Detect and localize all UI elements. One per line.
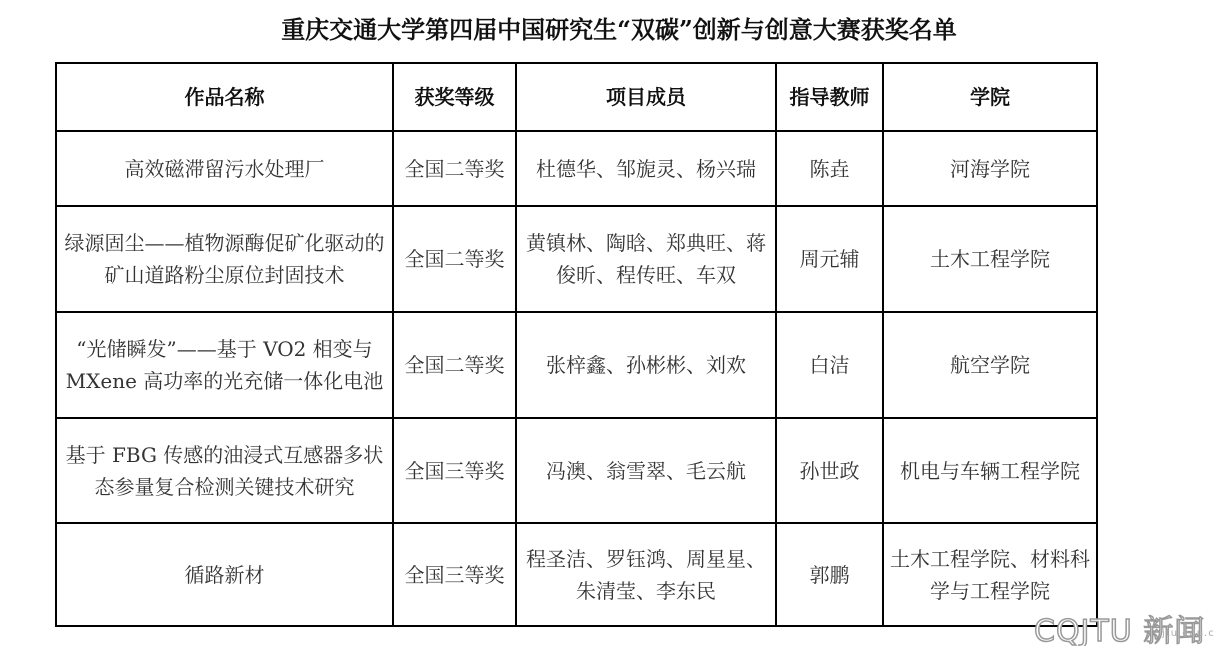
cell-work-name: 高效磁滞留污水处理厂 [56,131,393,206]
header-advisor: 指导教师 [776,63,883,131]
cell-award-level: 全国二等奖 [393,312,516,418]
table-row: 循路新材 全国三等奖 程圣洁、罗钰鸿、周星星、朱清莹、李东民 郭鹏 土木工程学院… [56,523,1097,626]
header-college: 学院 [883,63,1097,131]
table-header-row: 作品名称 获奖等级 项目成员 指导教师 学院 [56,63,1097,131]
watermark-logo: CQJTU 新闻 jtu.edu.cn [1034,606,1214,646]
cell-award-level: 全国三等奖 [393,418,516,523]
table-row: 基于 FBG 传感的油浸式互感器多状态参量复合检测关键技术研究 全国三等奖 冯澳… [56,418,1097,523]
cell-advisor: 郭鹏 [776,523,883,626]
cell-college: 机电与车辆工程学院 [883,418,1097,523]
cell-work-name: 基于 FBG 传感的油浸式互感器多状态参量复合检测关键技术研究 [56,418,393,523]
table-row: 绿源固尘——植物源酶促矿化驱动的矿山道路粉尘原位封固技术 全国二等奖 黄镇林、陶… [56,206,1097,312]
table-row: “光储瞬发”——基于 VO2 相变与 MXene 高功率的光充储一体化电池 全国… [56,312,1097,418]
cell-work-name: 循路新材 [56,523,393,626]
cell-members: 程圣洁、罗钰鸿、周星星、朱清莹、李东民 [516,523,776,626]
cell-college: 航空学院 [883,312,1097,418]
cell-college: 土木工程学院 [883,206,1097,312]
awards-table: 作品名称 获奖等级 项目成员 指导教师 学院 高效磁滞留污水处理厂 全国二等奖 … [55,62,1098,627]
header-award-level: 获奖等级 [393,63,516,131]
page-title: 重庆交通大学第四届中国研究生“双碳”创新与创意大赛获奖名单 [0,10,1214,45]
cell-award-level: 全国二等奖 [393,206,516,312]
cell-members: 冯澳、翁雪翠、毛云航 [516,418,776,523]
cell-members: 杜德华、邹旎灵、杨兴瑞 [516,131,776,206]
cell-advisor: 孙世政 [776,418,883,523]
cell-advisor: 周元辅 [776,206,883,312]
cell-award-level: 全国二等奖 [393,131,516,206]
watermark-sub: jtu.edu.cn [1162,628,1214,639]
cell-work-name: “光储瞬发”——基于 VO2 相变与 MXene 高功率的光充储一体化电池 [56,312,393,418]
cell-members: 张梓鑫、孙彬彬、刘欢 [516,312,776,418]
header-members: 项目成员 [516,63,776,131]
table-row: 高效磁滞留污水处理厂 全国二等奖 杜德华、邹旎灵、杨兴瑞 陈垚 河海学院 [56,131,1097,206]
cell-award-level: 全国三等奖 [393,523,516,626]
header-work-name: 作品名称 [56,63,393,131]
cell-advisor: 白洁 [776,312,883,418]
cell-advisor: 陈垚 [776,131,883,206]
cell-college: 河海学院 [883,131,1097,206]
cell-work-name: 绿源固尘——植物源酶促矿化驱动的矿山道路粉尘原位封固技术 [56,206,393,312]
cell-members: 黄镇林、陶晗、郑典旺、蒋俊昕、程传旺、车双 [516,206,776,312]
